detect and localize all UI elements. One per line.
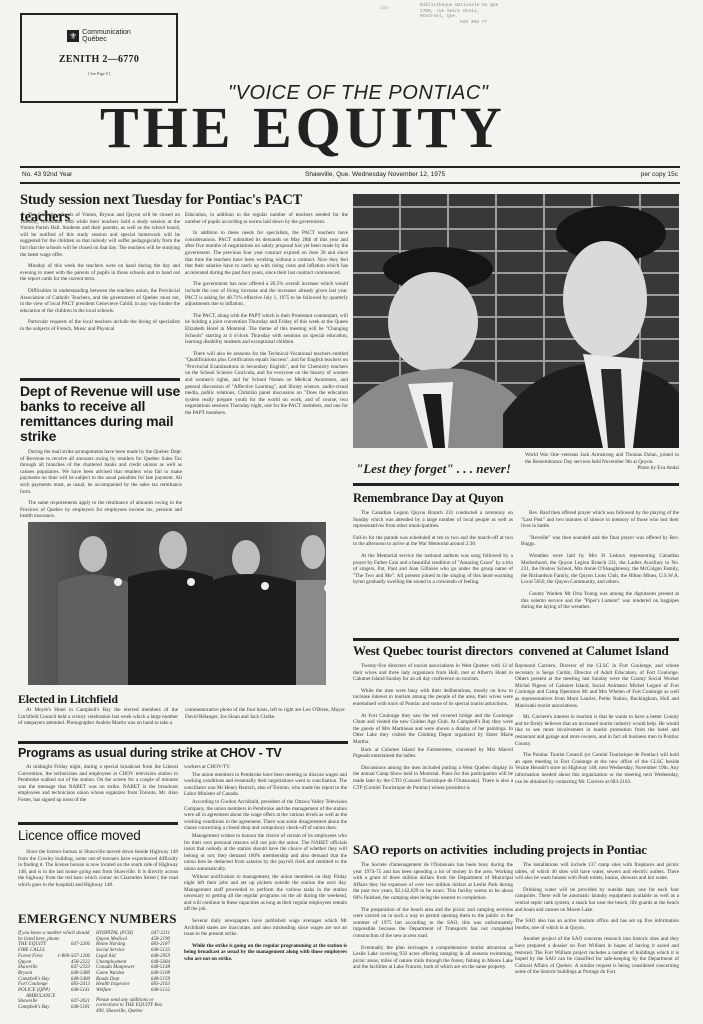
issue-number: No. 43 92nd Year [22, 171, 72, 178]
headline: Licence office moved [18, 828, 178, 843]
paragraph: Wreathes were laid by Mrs H Ledoux repre… [521, 553, 679, 586]
masthead-rule [20, 182, 680, 184]
paragraph: At Fort Coulonge they saw the red covere… [353, 713, 513, 746]
paragraph: At Moyle's Hotel in Campbell's Bay the e… [18, 707, 178, 727]
paragraph: The preparation of the beach area and th… [353, 907, 513, 940]
section-rule [20, 378, 180, 381]
headline: West Quebec tourist directors convened a… [353, 643, 679, 659]
headline: Remembrance Day at Quyon [353, 491, 679, 506]
brand-line1: Communication [82, 29, 131, 36]
price: per copy 15c [641, 171, 678, 178]
article-chov-col1: At midnight Friday night, during a speci… [18, 764, 178, 809]
section-rule [353, 638, 679, 641]
article-remembrance-col1: The Canadian Legion Quyon Branch 231 con… [353, 510, 513, 591]
paragraph: Fall-in for the parade was scheduled at … [353, 535, 513, 548]
paragraph: Back at Calumet Island the Farmerettes, … [353, 747, 513, 760]
communication-quebec-logo: ⚜ Communication Québec [67, 29, 131, 43]
paragraph: The SAO also has an active tourism offic… [515, 918, 679, 931]
paragraph: At the Memorial service the national ant… [353, 553, 513, 586]
paragraph: Several daily newspapers have published … [184, 918, 347, 938]
headline: Elected in Litchfield [18, 692, 348, 707]
article-licence: Licence office moved Since the licence b… [18, 828, 178, 894]
paragraph: The same requirements apply to the remit… [20, 500, 182, 520]
article-sao: SAO reports on activities including proj… [353, 842, 679, 858]
veterans-photo [353, 194, 679, 448]
article-litchfield-col2: commemorative photo of the four hosts, l… [185, 707, 345, 725]
veterans-photo-caption: World War One veterans Jack Armstrong an… [525, 452, 679, 472]
section-rule [18, 822, 178, 825]
emergency-title: EMERGENCY NUMBERS [18, 911, 178, 927]
article-sao-col2: The installations will include 137 camp … [515, 862, 679, 981]
paragraph: In addition to these needs for specialis… [185, 230, 348, 276]
article-chov: Programs as usual during strike at CHOV … [18, 746, 348, 760]
paragraph: Education, in addition to the regular nu… [185, 212, 348, 225]
paragraph: Another project of the SAO concerns rese… [515, 936, 679, 976]
paragraph: The installations will include 137 camp … [515, 862, 679, 882]
photo-headline-caption: "Lest they forget" . . . never! [356, 461, 511, 477]
article-sao-col1: The Societe d'amenagement de l'Outaouais… [353, 862, 513, 976]
paragraph: The government has now offered a 26.5% o… [185, 281, 348, 307]
paragraph: At midnight Friday night, during a speci… [18, 764, 178, 804]
paragraph: "Reveille" was then sounded and the fina… [521, 535, 679, 548]
paragraph: The PACT, along with the PAPT which is t… [185, 313, 348, 346]
paragraph: Particular requests of the local teacher… [20, 319, 180, 332]
library-line: H2X 3K6 77 [420, 20, 498, 26]
emergency-intro: If you know a number which should be lis… [18, 931, 90, 942]
library-line: Bibliotheque Nationale Du Que [420, 3, 498, 9]
article-tourist-col1: Twenty-five directors of tourist associa… [353, 663, 513, 796]
emergency-note: Please send any additions or corrections… [96, 998, 170, 1015]
paragraph: While the men were busy with their delib… [353, 688, 513, 708]
emergency-numbers-box: EMERGENCY NUMBERS If you know a number w… [18, 911, 178, 1015]
location-date: Shawville, Que. Wednesday November 12, 1… [305, 171, 445, 178]
paragraph: County Warden Mr Orla Young was among th… [521, 591, 679, 611]
newspaper-title: THE EQUITY [100, 100, 506, 156]
caption-text: World War One veterans Jack Armstrong an… [525, 452, 679, 465]
paragraph: Monday of this week the teachers were on… [20, 263, 180, 283]
paragraph: Rev. Bard then offered prayer which was … [521, 510, 679, 530]
paragraph: Discussions among the men included putti… [353, 765, 513, 791]
article-tourist-col2: Raymond Carriere, Director of the CLSC i… [515, 663, 679, 790]
emergency-right-col: HOSPITAL (PCH)647-2211 Quyon Medical458-… [96, 931, 170, 1015]
paragraph: While the strike is going on the regular… [184, 943, 347, 963]
fleur-de-lis-icon: ⚜ [67, 30, 79, 42]
paragraph: Since the licence bureau in Shawville mo… [18, 849, 178, 889]
paragraph: According to Gordon Archibald, president… [184, 799, 347, 832]
paragraph: During the mail strike arrangements have… [20, 449, 182, 495]
article-remembrance-col2: Rev. Bard then offered prayer which was … [521, 510, 679, 616]
article-tourist: West Quebec tourist directors convened a… [353, 643, 679, 659]
article-pact-col2: Education, in addition to the regular nu… [185, 212, 348, 422]
headline: Dept of Revenue will use banks to receiv… [20, 384, 182, 444]
paragraph: The Catholic schools of Vinton, Bryson a… [20, 212, 180, 258]
article-revenue: Dept of Revenue will use banks to receiv… [20, 384, 182, 525]
zenith-phone: ZENITH 2—6770 [22, 54, 176, 65]
litchfield-council-photo [28, 522, 326, 685]
paragraph: workers at CHOV-TV. [184, 764, 347, 771]
paragraph: The Pontiac Tourist Council (or Comité T… [515, 752, 679, 785]
dateline-bar: No. 43 92nd Year Shawville, Que. Wednesd… [20, 168, 680, 182]
headline: Programs as usual during strike at CHOV … [18, 746, 348, 760]
paragraph: The Canadian Legion Quyon Branch 231 con… [353, 510, 513, 530]
article-litchfield-col1: At Moyle's Hotel in Campbell's Bay the e… [18, 707, 178, 732]
paragraph: Mr. Carriere's interest in tourism is th… [515, 714, 679, 747]
paragraph: Drinking water will be provided by outsi… [515, 887, 679, 913]
emergency-row: Campbell's Bay648-5181 [18, 1005, 90, 1011]
emergency-left-col: If you know a number which should be lis… [18, 931, 90, 1015]
brand-line2: Québec [82, 36, 131, 43]
communication-quebec-box: ⚜ Communication Québec ZENITH 2—6770 [ S… [20, 13, 178, 103]
paragraph: Difficulties in understanding between th… [20, 288, 180, 314]
paragraph: Eventually the plan envisages a comprehe… [353, 945, 513, 971]
article-pact-col1: The Catholic schools of Vinton, Bryson a… [20, 212, 180, 338]
paragraph: Twenty-five directors of tourist associa… [353, 663, 513, 683]
paragraph: The union members in Pembroke have been … [184, 772, 347, 798]
paragraph: The Societe d'amenagement de l'Outaouais… [353, 862, 513, 902]
section-rule [18, 741, 348, 744]
section-rule [353, 483, 679, 486]
headline: SAO reports on activities including proj… [353, 842, 679, 858]
paragraph: There will also be sessions for the Tech… [185, 351, 348, 417]
paragraph: commemorative photo of the four hosts, l… [185, 707, 345, 720]
article-remembrance: Remembrance Day at Quyon [353, 491, 679, 506]
photo-credit: Photo by Eva Andai [525, 465, 679, 472]
article-litchfield: Elected in Litchfield [18, 692, 348, 707]
see-page-note: [ See Page 9 ] [22, 71, 176, 76]
paragraph: Raymond Carriere, Director of the CLSC i… [515, 663, 679, 709]
paragraph: Without notification to management, the … [184, 874, 347, 914]
article-chov-col2: workers at CHOV-TV. The union members in… [184, 764, 347, 968]
library-address-label: Bibliotheque Nationale Du Que 1700, rue … [420, 3, 498, 25]
paragraph: Management wishes to honour the choice o… [184, 833, 347, 873]
archive-stamp: 103 [380, 6, 388, 11]
